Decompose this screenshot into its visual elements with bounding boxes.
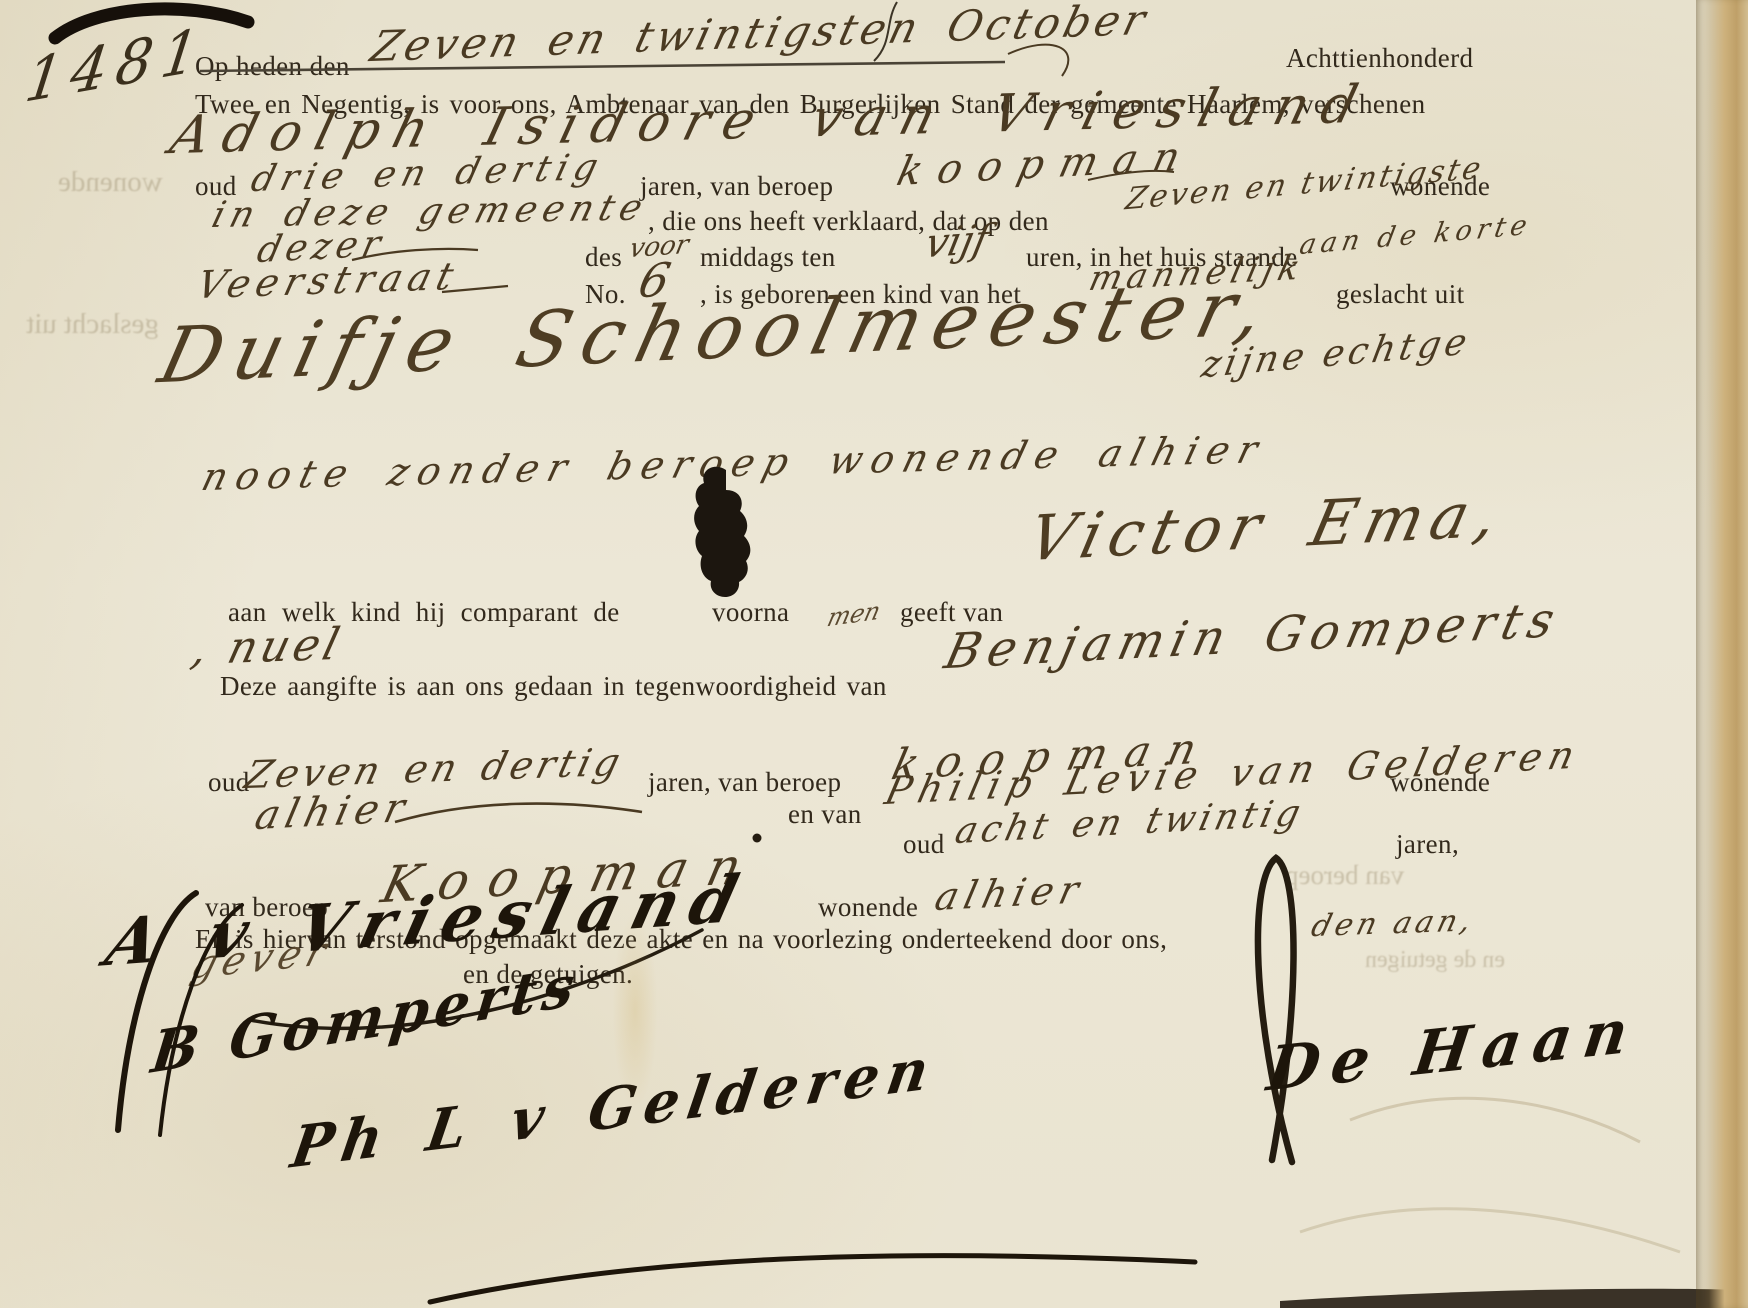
birth-record-page: wonende geslacht uit van beroep en de ge… [0,0,1748,1308]
ghost-geslacht-uit: geslacht uit [26,310,159,339]
entry-date-day-month: Zeven en twintigsten October [367,0,1154,68]
act-number: 1481 [22,19,211,111]
entry-address-prefix: aan de korte [1297,211,1534,259]
date-tail-flourish [1008,45,1068,76]
page-edge-strip [1696,0,1748,1308]
signature-witness2: Ph L v Gelderen [287,1040,940,1177]
printed-en-van: en van [788,800,862,828]
signature-registrar: De Haan [1264,1000,1644,1100]
printed-jaren-van-beroep-1: jaren, van beroep [640,172,833,200]
ghost-flourish-2 [1300,1209,1680,1252]
entry-witness1-name: Benjamin Gomperts [940,595,1565,676]
entry-birth-hour: vijf [922,219,993,264]
registrar-signature-loop [1258,858,1294,1162]
entry-witness1-residence: alhier [251,788,414,837]
ghost-wonende: wonende [58,168,163,197]
ghost-getuigen: en de getuigen [1365,948,1505,972]
entry-den-aan: den aan, [1308,906,1478,942]
entry-declarant-residence: in deze gemeente [208,190,652,234]
printed-oud-3: oud [903,830,945,858]
witness2-signature-tail [430,1256,1195,1302]
printed-achttienhonderd: Achttienhonderd [1286,44,1473,72]
entry-witness1-age: Zeven en dertig [241,743,628,795]
signature-declarant: A v Vriesland [100,867,756,977]
ghost-van-beroep: van beroep [1285,862,1404,889]
entry-street: Veerstraat [193,257,463,304]
alhier-flourish [395,804,642,822]
printed-jaren-van-beroep-2: jaren, van beroep [648,768,841,796]
ghost-flourish-1 [1350,1098,1640,1142]
entry-child-names: Victor Ema, [1023,483,1511,571]
entry-child-names-cont: , nuel [187,623,347,673]
printed-deze-aangifte: Deze aangifte is aan ons gedaan in tegen… [220,672,887,700]
printed-wonende-3: wonende [818,893,918,921]
printed-jaren-comma: jaren, [1396,830,1459,858]
printed-voorna: voorna [712,598,789,626]
entry-witness2-residence: alhier [932,870,1089,916]
bottom-page-edge [1280,1289,1748,1308]
ink-blot [694,467,750,597]
entry-voornamen-suffix: men [825,598,883,630]
printed-geslacht-uit: geslacht uit [1336,280,1465,308]
printed-des: des [585,243,622,271]
printed-op-heden-den: Op heden den [195,52,350,80]
printed-middags-ten: middags ten [700,243,836,271]
entry-mother-line2: noote zonder beroep wonende alhier [198,430,1271,496]
